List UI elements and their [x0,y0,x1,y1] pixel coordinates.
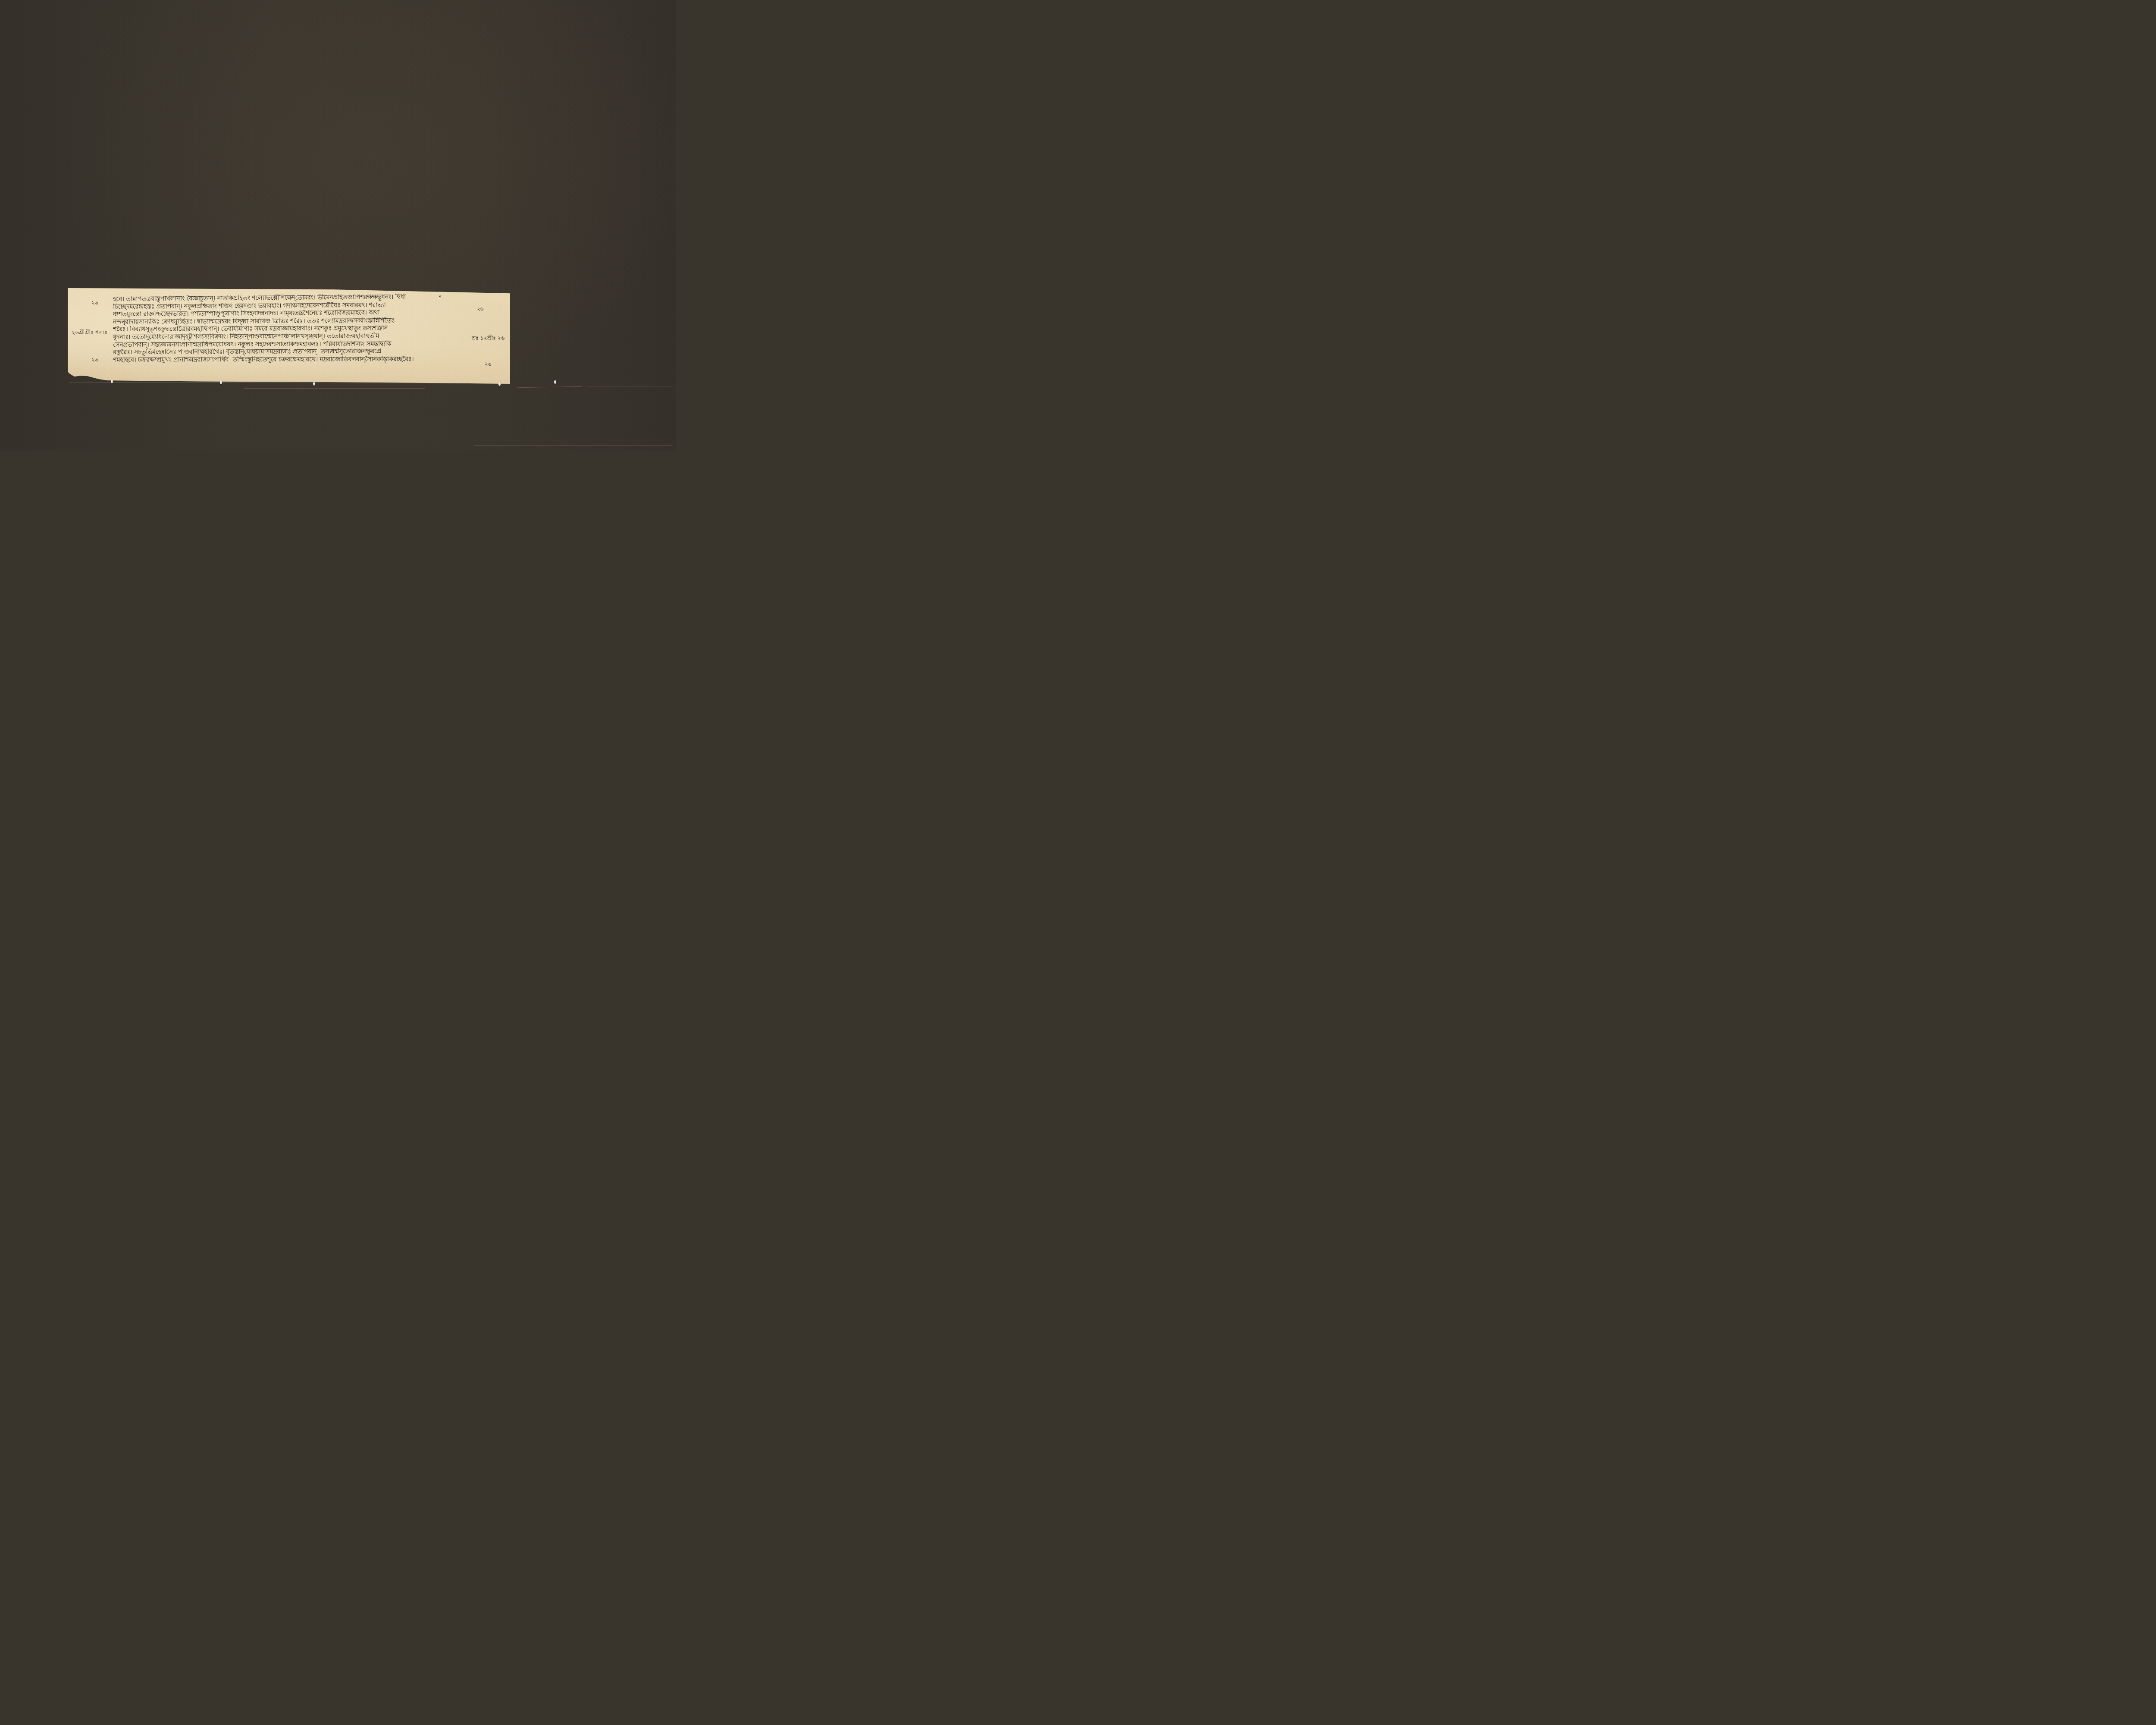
manuscript-line: ণমহাহবে। চক্ররক্ষম্প্রমুখং প্রানাশ্চমদ্র… [113,356,477,364]
manuscript-line: রঞ্ছরৈঃ। সচতুর্ভির্মহেষ্বাসৈঃ পাণ্ডবানাম… [113,348,477,357]
pencil-guide-line [474,445,673,445]
mounting-pin [111,380,113,383]
right-margin-bottom-number: ২৬ [485,361,492,369]
left-margin-top-number: ২৬ [91,299,98,308]
manuscript-line: ষূদনাঃ। ততোদুর্য্যোধনোরাজাদৃষ্ট্বাশল্যস্… [113,332,477,341]
mounting-pin [498,383,501,386]
left-margin-bottom-number: ২৬ [91,356,98,365]
pencil-guide-line [586,386,673,386]
mounting-pin [220,381,222,384]
mounting-pin [313,382,315,386]
left-margin-label: ২৬শ্রীশ্রীঃ শল্যঃ [72,329,107,338]
manuscript-text-block: হবে। তান্নাপতত্রবাস্তুপাৰ্খলানাং বৈজ্ঞাচ… [113,296,479,364]
pencil-guide-line [244,388,425,389]
mounting-pin [554,380,556,384]
